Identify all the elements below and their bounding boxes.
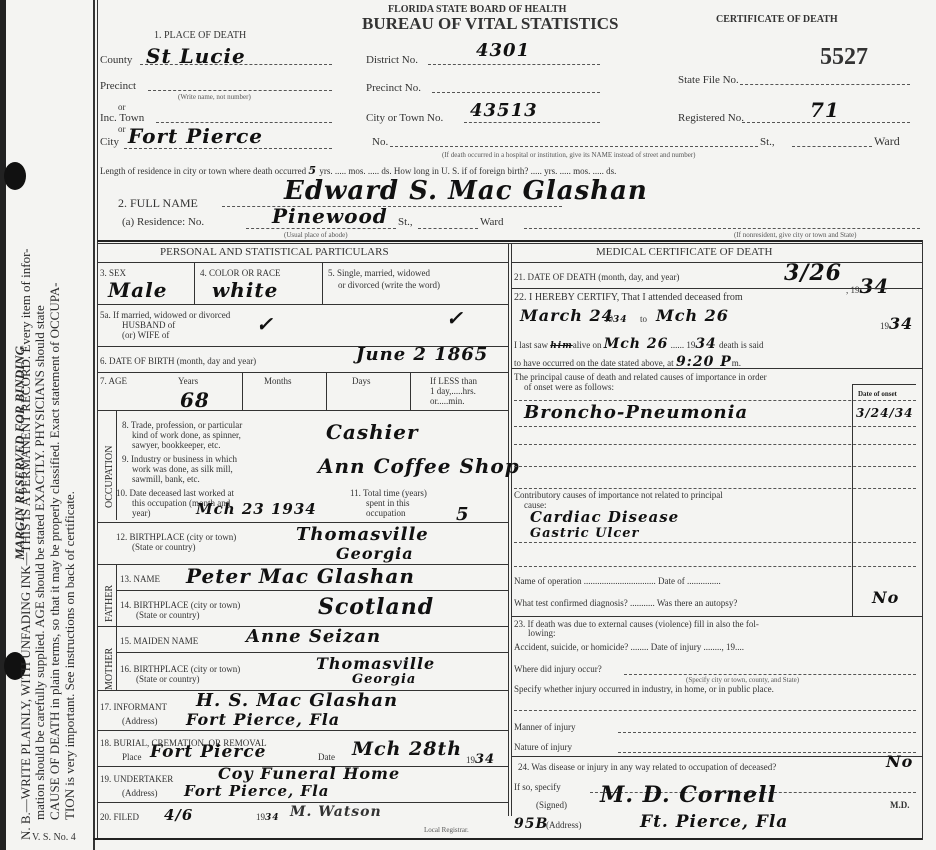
burial-date-label: Date (318, 752, 335, 762)
signed-label: (Signed) (536, 800, 567, 810)
undertaker-name[interactable]: Coy Funeral Home (218, 764, 400, 783)
sex-value[interactable]: Male (108, 278, 167, 302)
accident-row: Accident, suicide, or homicide? ........… (514, 642, 744, 652)
state-file-number: 5527 (820, 44, 868, 71)
informant-address[interactable]: Fort Pierce, Fla (186, 710, 340, 729)
spouse-label-2: HUSBAND of (122, 320, 175, 330)
form-left-border-inner (97, 0, 98, 840)
color-value[interactable]: white (212, 278, 278, 302)
years-label: Years (178, 376, 198, 386)
cell-divider (242, 372, 243, 410)
margin-note-line4: TION is very important. See instructions… (62, 491, 78, 820)
full-name-value[interactable]: Edward S. Mac Glashan (284, 176, 648, 206)
county-label: County (100, 54, 132, 66)
usual-abode-hint: (Usual place of abode) (284, 231, 348, 239)
or-label: or (118, 102, 126, 112)
mother-birthplace-city[interactable]: Thomasville (316, 654, 435, 673)
residence-label: (a) Residence: No. (122, 216, 204, 228)
column-divider-2 (511, 243, 512, 816)
if-so-label: If so, specify (514, 782, 561, 792)
place-of-death-heading: 1. PLACE OF DEATH (154, 30, 246, 41)
physician-signature[interactable]: M. D. Cornell (600, 782, 777, 808)
form-bottom-border (93, 838, 923, 840)
cell-divider (410, 372, 411, 410)
city-town-no-label: City or Town No. (366, 112, 443, 124)
dod-label: 21. DATE OF DEATH (month, day, and year) (514, 272, 679, 282)
district-line (428, 64, 600, 65)
registered-line (742, 122, 910, 123)
spouse-check-1[interactable]: ✓ (256, 312, 274, 336)
cause-line (514, 400, 916, 401)
father-birthplace-label: 14. BIRTHPLACE (city or town)(State or c… (120, 600, 240, 620)
binding-edge (0, 0, 6, 850)
dob-value[interactable]: June 2 1865 (356, 344, 488, 365)
registered-value[interactable]: 71 (810, 98, 840, 122)
contributory-cause-1[interactable]: Cardiac Disease (530, 508, 679, 526)
md-label: M.D. (890, 800, 910, 810)
to-label: to (640, 314, 647, 324)
industry-label: 9. Industry or business in whichwork was… (122, 454, 237, 484)
margin-note-line2: mation should be carefully supplied. AGE… (32, 305, 48, 820)
diagnosis-row: What test confirmed diagnosis? .........… (514, 598, 737, 608)
occupational-label: 24. Was disease or injury in any way rel… (518, 762, 776, 772)
undertaker-address[interactable]: Fort Pierce, Fla (184, 782, 330, 800)
occupation-side-label: OCCUPATION (104, 446, 115, 508)
last-worked-value[interactable]: Mch 23 1934 (196, 500, 317, 518)
ward-label: Ward (874, 134, 900, 149)
burial-date-value[interactable]: Mch 28th (352, 738, 462, 760)
row-line (511, 262, 923, 263)
birthplace-state-value[interactable]: Georgia (336, 544, 414, 563)
city-town-no-value[interactable]: 43513 (470, 100, 538, 121)
father-side-label: FATHER (104, 585, 115, 622)
cause-line (514, 426, 916, 427)
burial-year-label: 1934 (466, 752, 495, 767)
precinct-no-line (432, 92, 600, 93)
column-divider (508, 243, 509, 816)
row-line (97, 410, 508, 411)
district-label: District No. (366, 54, 418, 66)
form-right-border (922, 240, 923, 840)
manner-line (618, 732, 916, 733)
spouse-check-2[interactable]: ✓ (446, 306, 464, 330)
cause-line (514, 444, 916, 445)
full-name-label: 2. FULL NAME (118, 196, 198, 211)
onset-header: Date of onset (858, 390, 897, 398)
row-line (97, 522, 508, 523)
burial-place-label: Place (122, 752, 142, 762)
external-causes-label: 23. If death was due to external causes … (514, 620, 759, 638)
specify-line (514, 710, 916, 711)
hospital-hint: (If death occurred in a hospital or inst… (442, 151, 696, 159)
city-label: City (100, 136, 119, 148)
personal-heading: PERSONAL AND STATISTICAL PARTICULARS (160, 246, 389, 258)
contributory-label: Contributory causes of importance not re… (514, 490, 723, 510)
less-than-label-3: or.....min. (430, 396, 465, 406)
undertaker-label: 19. UNDERTAKER (100, 774, 173, 784)
residence-value[interactable]: Pinewood (272, 204, 388, 228)
manner-label: Manner of injury (514, 722, 575, 732)
margin-note-line3: CAUSE OF DEATH in plain terms, so that i… (47, 282, 63, 820)
inc-town-label: Inc. Town (100, 112, 144, 124)
less-than-label-2: 1 day,.....hrs. (430, 386, 476, 396)
maiden-name-label: 15. MAIDEN NAME (120, 636, 198, 646)
autopsy-value[interactable]: No (872, 588, 899, 607)
physician-address[interactable]: Ft. Pierce, Fla (640, 812, 788, 832)
address-code: 95B (514, 816, 548, 832)
precinct-line (148, 90, 332, 91)
city-line (124, 148, 332, 149)
residence-st-line (418, 228, 478, 229)
cause-line (514, 566, 916, 567)
precinct-label: Precinct (100, 80, 136, 92)
filed-date[interactable]: 4/6 (164, 806, 193, 824)
inc-town-line (156, 122, 332, 123)
precinct-hint: (Write name, not number) (178, 93, 251, 101)
less-than-label-1: If LESS than (430, 376, 477, 386)
where-row: Where did injury occur? (514, 664, 602, 674)
registrar-label: Local Registrar. (424, 826, 469, 834)
color-label: 4. COLOR OR RACE (200, 268, 281, 278)
months-label: Months (264, 376, 292, 386)
informant-address-label: (Address) (122, 716, 158, 726)
city-town-no-line (464, 122, 600, 123)
attended-from[interactable]: March 24 (520, 306, 614, 325)
or-label: or (118, 124, 126, 134)
row-line (97, 304, 508, 305)
occupational-value[interactable]: No (886, 752, 913, 771)
cell-divider (116, 564, 117, 690)
row-line (97, 262, 508, 263)
form-number: V. S. No. 4 (32, 832, 76, 843)
mother-side-label: MOTHER (104, 648, 115, 690)
spouse-label-1: 5a. If married, widowed or divorced (100, 310, 230, 320)
physician-address-label: (Address) (546, 820, 582, 830)
principal-onset-value[interactable]: 3/24/34 (856, 406, 914, 420)
trade-label: 8. Trade, profession, or particularkind … (122, 420, 242, 450)
specify-place-label: Specify whether injury occurred in indus… (514, 684, 774, 694)
cell-divider (326, 372, 327, 410)
father-name-value[interactable]: Peter Mac Glashan (186, 564, 415, 588)
contributory-cause-2[interactable]: Gastric Ulcer (530, 526, 639, 541)
row-line (116, 652, 508, 653)
street-st-label: St., (760, 136, 775, 148)
county-line (140, 64, 332, 65)
maiden-name-value[interactable]: Anne Seizan (246, 626, 381, 647)
form-left-border (93, 0, 95, 850)
trade-value[interactable]: Cashier (326, 420, 419, 444)
row-line (116, 590, 508, 591)
certify-label: 22. I HEREBY CERTIFY, That I attended de… (514, 292, 743, 303)
residence-line (246, 228, 396, 229)
last-saw-line: I last saw himalive on Mch 26 ...... 193… (514, 336, 764, 352)
sex-label: 3. SEX (100, 268, 126, 278)
punch-hole (4, 162, 26, 190)
row-line (511, 288, 923, 289)
precinct-no-label: Precinct No. (366, 82, 421, 94)
row-line (97, 802, 508, 803)
dod-value[interactable]: 3/26 (784, 260, 842, 286)
section-divider-inner (97, 243, 923, 244)
burial-place-value[interactable]: Fort Pierce (150, 742, 266, 762)
marital-label-1: 5. Single, married, widowed (328, 268, 430, 278)
ward-line (792, 146, 872, 147)
mother-birthplace-state[interactable]: Georgia (352, 672, 416, 687)
dod-year: , 1934 (846, 274, 889, 298)
residence-st-label: St., (398, 216, 413, 228)
registered-label: Registered No. (678, 112, 744, 124)
cause-line (514, 488, 916, 489)
state-file-line (740, 84, 910, 85)
birthplace-label: 12. BIRTHPLACE (city or town)(State or c… (116, 532, 236, 552)
nonresident-line (524, 228, 920, 229)
cell-divider (322, 262, 323, 304)
nonresident-hint: (If nonresident, give city or town and S… (734, 231, 856, 239)
registrar-signature[interactable]: M. Watson (290, 804, 382, 820)
where-hint: (Specify city or town, county, and State… (686, 676, 799, 684)
onset-column-divider (852, 384, 853, 616)
attended-to-year: 1934 (880, 314, 913, 333)
bureau-title: BUREAU OF VITAL STATISTICS (362, 14, 619, 34)
marital-label-2: or divorced (write the word) (338, 280, 440, 290)
spouse-label-3: (or) WIFE of (122, 330, 169, 340)
residence-ward-label: Ward (480, 216, 504, 228)
birthplace-city-value[interactable]: Thomasville (296, 524, 429, 545)
total-time-label: 11. Total time (years)spent in thisoccup… (350, 488, 427, 518)
attended-from-year: 1934 (604, 314, 628, 325)
street-no-line (390, 146, 758, 147)
nature-label: Nature of injury (514, 742, 572, 752)
onset-header-line (852, 384, 916, 385)
industry-value[interactable]: Ann Coffee Shop (318, 454, 520, 478)
row-line (97, 372, 508, 373)
row-line (511, 368, 923, 369)
nature-line (618, 752, 916, 753)
informant-label: 17. INFORMANT (100, 702, 167, 712)
filed-label: 20. FILED (100, 812, 139, 822)
where-line (624, 674, 916, 675)
father-birthplace-value[interactable]: Scotland (318, 594, 434, 620)
days-label: Days (352, 376, 371, 386)
margin-binding-label: MARGIN RESERVED FOR BINDING (12, 346, 28, 560)
row-line (511, 616, 923, 617)
city-value[interactable]: Fort Pierce (128, 124, 263, 148)
father-name-label: 13. NAME (120, 574, 160, 584)
cause-line (514, 466, 916, 467)
principal-cause-value[interactable]: Broncho-Pneumonia (524, 402, 748, 423)
undertaker-address-label: (Address) (122, 788, 158, 798)
district-value[interactable]: 4301 (476, 40, 530, 61)
cell-divider (194, 262, 195, 304)
filed-year: 1934 (256, 812, 280, 823)
section-divider (97, 240, 923, 242)
age-years-value[interactable]: 68 (180, 388, 210, 412)
dob-label: 6. DATE OF BIRTH (month, day and year) (100, 356, 256, 366)
mother-birthplace-label: 16. BIRTHPLACE (city or town)(State or c… (120, 664, 240, 684)
medical-heading: MEDICAL CERTIFICATE OF DEATH (596, 246, 772, 258)
row-line (97, 730, 508, 731)
row-line (511, 756, 923, 757)
certificate-title: CERTIFICATE OF DEATH (716, 14, 838, 25)
street-no-label: No. (372, 136, 388, 148)
state-file-label: State File No. (678, 74, 739, 86)
principal-cause-label: The principal cause of death and related… (514, 372, 767, 392)
operation-row: Name of operation ......................… (514, 576, 721, 586)
attended-to[interactable]: Mch 26 (656, 306, 729, 325)
informant-name[interactable]: H. S. Mac Glashan (196, 690, 398, 711)
cause-line (514, 542, 916, 543)
age-label: 7. AGE (100, 376, 127, 386)
